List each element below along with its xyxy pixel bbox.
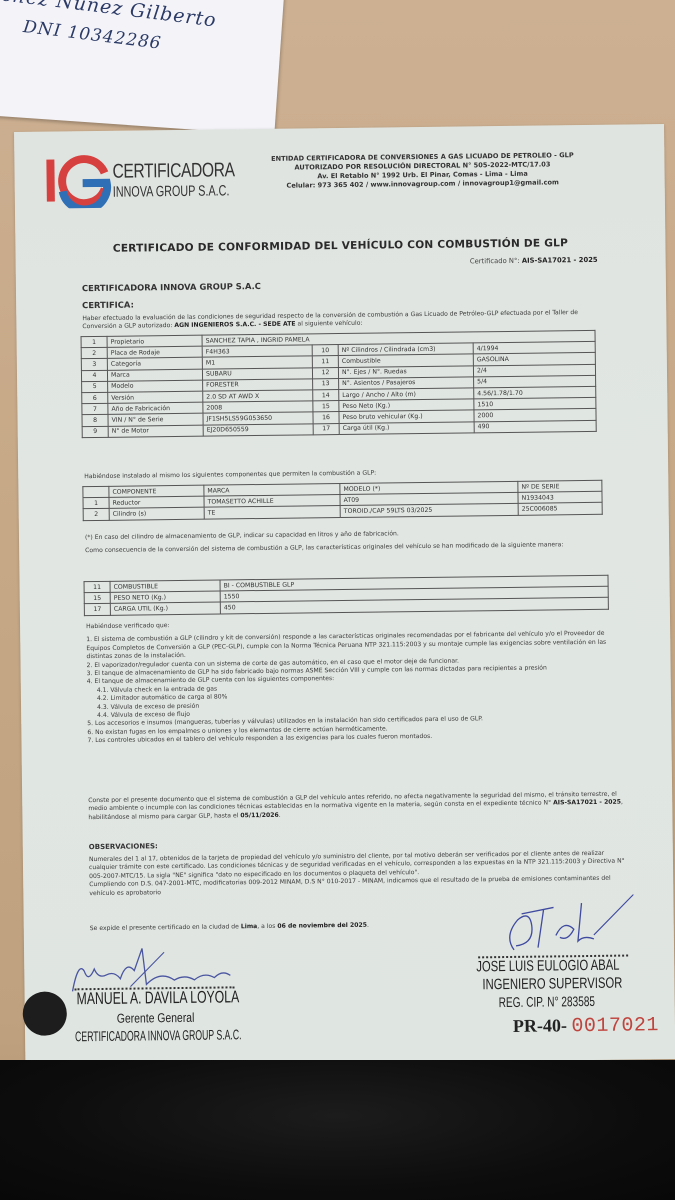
issued-text: Se expide el presente certificado en la … [90,923,239,932]
row-number: 7 [82,403,108,415]
intro-end: al siguiente vehículo: [297,320,362,328]
components-table: COMPONENTEMARCAMODELO (*)Nº DE SERIE1Red… [82,480,602,521]
supervisor-signature-block: JOSE LUIS EULOGIO ABAL INGENIERO SUPERVI… [463,894,665,1046]
field-label: Carga útil (Kg.) [339,421,474,434]
row-number: 10 [312,345,338,357]
row-number: 2 [81,348,107,360]
table-cell: 15 [84,593,110,605]
cert-number-value: AIS-SA17021 - 2025 [522,256,598,265]
field-value: 490 [474,420,596,433]
header-info: ENTIDAD CERTIFICADORA DE CONVERSIONES A … [252,151,592,191]
row-number: 3 [81,359,107,371]
field-label: N° de Motor [108,425,203,437]
modifications-table: 11COMBUSTIBLEBI - COMBUSTIBLE GLP15PESO … [84,575,609,616]
valid-until-date: 05/11/2026 [240,812,278,819]
row-number: 5 [82,381,108,393]
conclusion-end: . [279,812,281,819]
components-footnote: (*) En caso del cilindro de almacenamien… [85,528,605,543]
handwritten-note: chez Nuñez Gilberto DNI 10342286 [0,0,285,135]
row-number: 6 [82,392,108,404]
row-number: 13 [313,378,339,390]
observations-text: Numerales del 1 al 17, obtenidos de la t… [89,850,629,899]
dark-foreground [0,1060,675,1200]
supervisor-role: INGENIERO SUPERVISOR [482,975,622,994]
conclusion-text: Conste por el presente documento que el … [88,791,617,813]
table-cell: TE [204,506,340,519]
manager-role: Gerente General [117,1010,195,1026]
vehicle-table: 1 Propietario SANCHEZ TAPIA , INGRID PAM… [81,330,597,438]
ig-logo-icon [42,153,113,209]
manager-name: MANUEL A. DAVILA LOYOLA [77,987,240,1009]
table-cell: 2 [83,509,109,521]
table-cell: 25C006085 [518,503,602,515]
issued-city: Lima [241,923,258,930]
serial-prefix: PR-40- [513,1015,567,1036]
row-number: 15 [313,401,339,413]
manager-signature-block: MANUEL A. DAVILA LOYOLA Gerente General … [64,939,265,1051]
modifications-intro: Como consecuencia de la conversión del s… [85,541,605,556]
brand-line1: CERTIFICADORA [112,159,234,183]
conclusion-paragraph: Conste por el presente documento que el … [88,791,628,823]
brand-line2: INNOVA GROUP S.A.C. [113,182,230,200]
row-number: 11 [312,356,338,368]
company-logo: CERTIFICADORA INNOVA GROUP S.A.C. [42,151,218,208]
supervisor-signature-icon [493,894,644,956]
table-cell: Cilindro (s) [109,508,204,520]
row-number: 14 [313,389,339,401]
cert-label: Certificado N°: [470,257,520,266]
row-number: 17 [313,423,339,435]
components-intro: Habiéndose instalado al mismo los siguie… [84,467,604,482]
stamp-seal [23,991,68,1036]
row-number: 1 [81,336,107,348]
company-name: CERTIFICADORA INNOVA GROUP S.A.C [82,281,261,293]
column-header [83,486,109,498]
supervisor-name: JOSE LUIS EULOGIO ABAL [476,957,619,976]
row-number: 16 [313,412,339,424]
row-number: 4 [81,370,107,382]
field-value: EJ20D650559 [203,423,313,436]
supervisor-reg: REG. CIP. N° 283585 [499,993,595,1010]
issued-date: 06 de noviembre del 2025 [277,922,367,930]
issued-end: . [367,922,369,929]
observations-title: OBSERVACIONES: [89,842,158,851]
intro-paragraph: Haber efectuado la evaluación de las con… [82,309,602,332]
verified-list: Habiéndose verificado que: 1. El sistema… [86,617,627,746]
serial-value: 0017021 [571,1014,659,1038]
serial-number: PR-40- 0017021 [513,1014,659,1039]
table-cell: 1 [83,498,109,510]
row-number: 8 [82,415,108,427]
table-cell: TOROID./CAP 59LTS 03/2025 [340,504,518,517]
certifica-heading: CERTIFICA: [82,300,134,311]
manager-company: CERTIFICADORA INNOVA GROUP S.A.C. [75,1026,242,1044]
table-cell: 11 [84,581,110,593]
document-title: CERTIFICADO DE CONFORMIDAD DEL VEHÍCULO … [15,236,665,256]
verified-intro: Habiéndose verificado que: [86,617,626,632]
workshop-name: AGN INGENIEROS S.A.C. - SEDE ATE [174,321,295,329]
table-cell: CARGA UTIL (Kg.) [110,602,220,615]
issued-mid: , a los [257,923,275,930]
row-number: 9 [82,426,108,438]
certificate-number: Certificado N°: AIS-SA17021 - 2025 [470,256,598,266]
file-number: AIS-SA17021 - 2025 [553,799,621,807]
row-number: 12 [312,367,338,379]
table-cell: 17 [84,604,110,616]
certificate-page: CERTIFICADORA INNOVA GROUP S.A.C. ENTIDA… [14,124,675,1067]
